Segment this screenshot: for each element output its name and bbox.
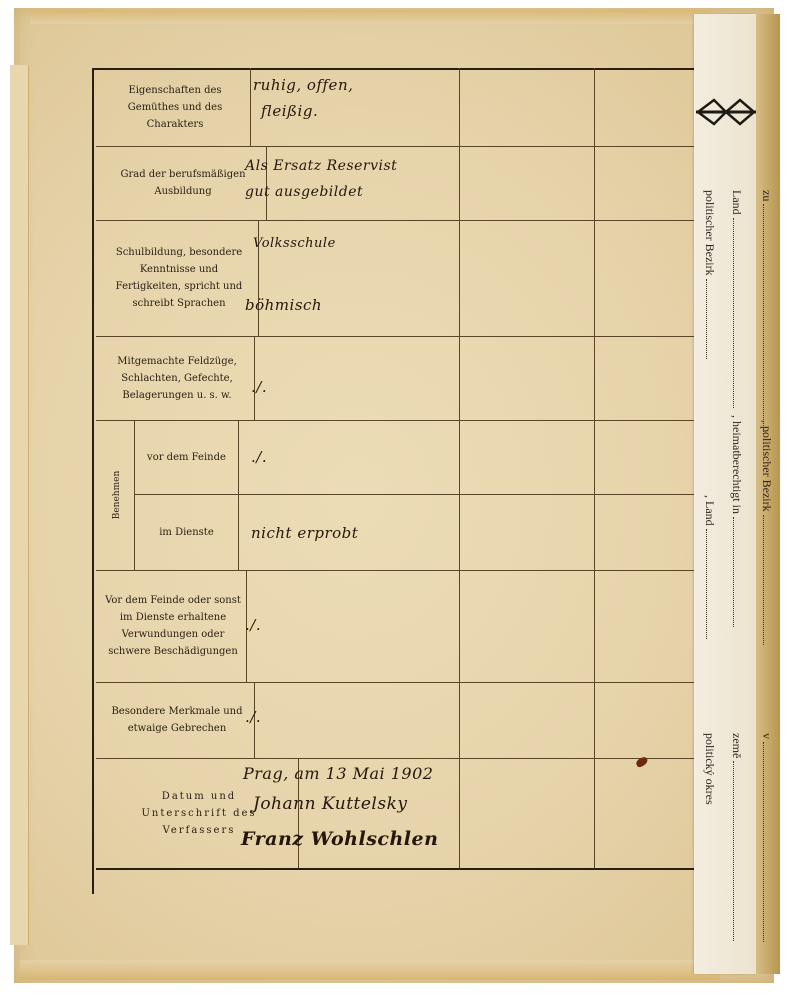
dotted-line: [733, 761, 742, 941]
label-marks: Besondere Merkmale und etwaige Gebrechen: [100, 682, 255, 758]
row-wounds: Vor dem Feinde oder sonst im Dienste erh…: [96, 570, 696, 683]
handwriting-in-service: nicht erprobt: [251, 524, 358, 542]
behaviour-divider: [239, 494, 459, 495]
empty-column-1: [460, 682, 595, 758]
value-signature: Prag, am 13 Mai 1902 Johann Kuttelsky Fr…: [239, 758, 460, 868]
row-character: Eigenschaften des Gemüthes und des Chara…: [96, 68, 696, 147]
row-education: Schulbildung, besondere Kenntnisse und F…: [96, 220, 696, 337]
empty-column-2: [595, 146, 695, 220]
dotted-line: [763, 515, 772, 645]
label-campaigns: Mitgemachte Feldzüge, Schlachten, Gefech…: [100, 336, 255, 420]
handwriting-line2: fleißig.: [261, 102, 318, 120]
row-behaviour: Benehmen vor dem Feinde im Dienste ./. n…: [96, 420, 696, 571]
dotted-line: [763, 742, 772, 942]
handwriting-line2: böhmisch: [245, 296, 322, 314]
strip-home-right: , heimatberechtigt in: [729, 415, 744, 627]
signature-2: Franz Wohlschlen: [241, 828, 438, 850]
empty-column-1: [460, 420, 595, 570]
dotted-line: [733, 218, 742, 408]
frame-left-rule: [92, 68, 94, 894]
empty-column-1: [460, 68, 595, 146]
row-campaigns: Mitgemachte Feldzüge, Schlachten, Gefech…: [96, 336, 696, 421]
handwriting-value: ./.: [245, 708, 261, 726]
handwriting-date-place: Prag, am 13 Mai 1902: [243, 764, 433, 783]
empty-column-1: [460, 220, 595, 336]
value-training: Als Ersatz Reservist gut ausgebildet: [239, 146, 460, 220]
divider: [460, 494, 594, 495]
strip-cz-v: v: [759, 733, 774, 942]
behaviour-group-text: Benehmen: [112, 471, 122, 520]
value-campaigns: ./.: [239, 336, 460, 420]
value-education: Volksschule böhmisch: [239, 220, 460, 336]
strip-political-district: politischer Bezirk: [702, 190, 717, 359]
label-education: Schulbildung, besondere Kenntnisse und F…: [100, 220, 259, 336]
qualification-form-table: Eigenschaften des Gemüthes und des Chara…: [96, 68, 696, 894]
empty-column-2: [595, 758, 695, 868]
empty-column-1: [460, 570, 595, 682]
strip-text: Land: [730, 190, 744, 215]
attached-side-strip: [694, 14, 756, 974]
empty-column-2: [595, 682, 695, 758]
row-training: Grad der berufsmäßigen Ausbildung Als Er…: [96, 146, 696, 221]
strip-land: Land: [729, 190, 744, 408]
empty-column-2: [595, 570, 695, 682]
row-signature: Datum und Unterschrift des Verfassers Pr…: [96, 758, 696, 868]
empty-column-1: [460, 336, 595, 420]
strip-text: politischer Bezirk: [703, 190, 717, 276]
handwriting-line1: Volksschule: [253, 236, 336, 251]
strip-cz-zeme: země: [729, 733, 744, 941]
handwriting-line1: ruhig, offen,: [253, 76, 353, 94]
value-behaviour: ./. nicht erprobt: [239, 420, 460, 570]
ornament-icon: [696, 92, 756, 132]
worn-bottom-edge: [20, 960, 720, 980]
left-binding-flap: [10, 65, 29, 945]
handwriting-line1: Als Ersatz Reservist: [245, 158, 397, 174]
empty-column-2: [595, 420, 695, 570]
strip-text: , Land: [703, 495, 717, 526]
handwriting-value: ./.: [251, 378, 267, 396]
empty-column-1: [460, 758, 595, 868]
signature-1: Johann Kuttelsky: [253, 794, 408, 814]
strip-text: , heimatberechtigt in: [730, 415, 744, 514]
strip-text: země: [730, 733, 744, 758]
handwriting-before-enemy: ./.: [251, 448, 267, 466]
strip-land-2: , Land: [702, 495, 717, 639]
value-wounds: ./.: [239, 570, 460, 682]
divider: [595, 494, 695, 495]
strip-cz-okres: politický okres: [702, 733, 717, 805]
handwriting-value: ./.: [245, 616, 261, 634]
table-bottom-rule: [96, 868, 696, 870]
strip-zu: zu: [759, 190, 774, 434]
empty-column-2: [595, 68, 695, 146]
label-in-service: im Dienste: [135, 495, 239, 570]
strip-text: , politischer Bezirk: [760, 420, 774, 512]
label-behaviour-group: Benehmen: [100, 420, 135, 570]
label-before-enemy: vor dem Feinde: [135, 420, 239, 495]
value-marks: ./.: [239, 682, 460, 758]
dotted-line: [706, 529, 715, 639]
dotted-line: [706, 279, 715, 359]
label-character: Eigenschaften des Gemüthes und des Chara…: [100, 68, 251, 146]
handwriting-line2: gut ausgebildet: [245, 184, 363, 200]
dotted-line: [733, 517, 742, 627]
empty-column-2: [595, 220, 695, 336]
worn-top-edge: [30, 10, 710, 24]
strip-text: politický okres: [703, 733, 717, 805]
empty-column-2: [595, 336, 695, 420]
row-marks: Besondere Merkmale und etwaige Gebrechen…: [96, 682, 696, 759]
dotted-line: [763, 204, 772, 434]
empty-column-1: [460, 146, 595, 220]
strip-text: v: [760, 733, 774, 739]
strip-political-district-2: , politischer Bezirk: [759, 420, 774, 645]
label-wounds: Vor dem Feinde oder sonst im Dienste erh…: [100, 570, 247, 682]
strip-text: zu: [760, 190, 774, 201]
value-character: ruhig, offen, fleißig.: [239, 68, 460, 146]
